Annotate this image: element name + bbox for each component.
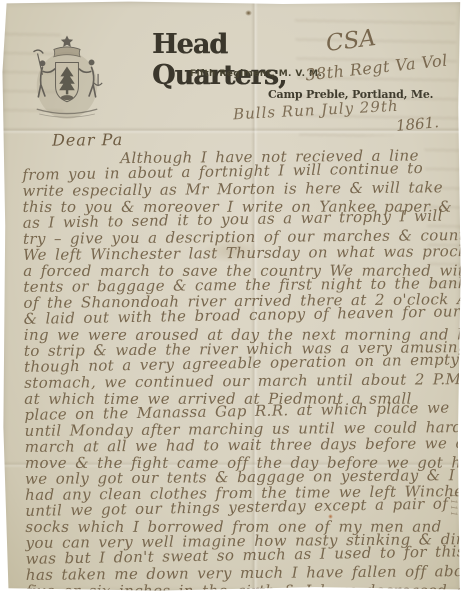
edge-pencil-mark: 1111 bbox=[449, 493, 458, 517]
scanned-letter: Head Quarters, CSA Fifth Regiment, M. V.… bbox=[0, 0, 475, 600]
body-line: We left Winchester last Thursday on what… bbox=[23, 243, 463, 263]
body-line: stomach, we continued our march until ab… bbox=[24, 371, 464, 391]
letter-paper: Head Quarters, CSA Fifth Regiment, M. V.… bbox=[2, 1, 462, 593]
ink-fleck bbox=[245, 10, 252, 16]
body-line: write especially as Mr Morton is here & … bbox=[22, 179, 462, 199]
maine-state-seal-icon bbox=[26, 33, 108, 123]
body-line: five or six inches in the girth & I have… bbox=[26, 583, 466, 599]
body-line: march at all we had to wait three days b… bbox=[25, 435, 465, 455]
body-line: has taken me down very much I have falle… bbox=[26, 563, 466, 583]
letter-body: Dear Pa Although I have not recieved a l… bbox=[22, 127, 466, 599]
letterhead-regiment: Fifth Regiment, M. V. M. bbox=[190, 69, 322, 79]
